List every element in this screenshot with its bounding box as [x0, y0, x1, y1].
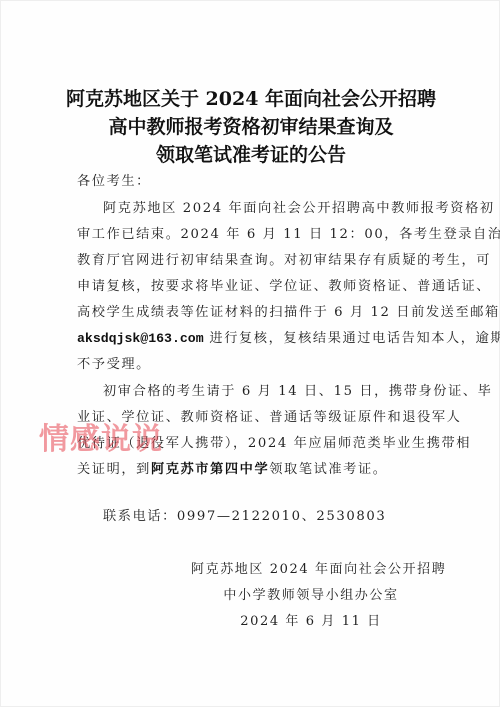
paragraph1-line-6: aksdqjsk@163.com 进行复核，复核结果通过电话告知本人，逾期	[77, 326, 427, 352]
paragraph1-line-3: 教育厅官网进行初审结果查询。对初审结果存有质疑的考生，可	[77, 248, 427, 274]
paragraph2-last-prefix: 关证明，到	[77, 462, 151, 477]
exam-location: 阿克苏市第四中学	[151, 462, 269, 477]
paragraph1-line-4: 申请复核，按要求将毕业证、学位证、教师资格证、普通话证、	[77, 274, 427, 300]
email-link[interactable]: aksdqjsk@163.com	[77, 331, 204, 346]
paragraph2-line-1: 初审合格的考生请于 6 月 14 日、15 日，携带身份证、毕	[103, 379, 453, 405]
signature-org-line-1: 阿克苏地区 2024 年面向社会公开招聘	[191, 557, 431, 583]
paragraph1-after-email: 进行复核，复核结果通过电话告知本人，逾期	[204, 331, 500, 346]
contact-phone: 联系电话：0997—2122010、2530803	[103, 504, 453, 530]
paragraph1-line-7: 不予受理。	[77, 352, 427, 378]
salutation: 各位考生：	[77, 169, 427, 195]
title-line-2: 高中教师报考资格初审结果查询及	[1, 113, 500, 141]
paragraph1-line-1: 阿克苏地区 2024 年面向社会公开招聘高中教师报考资格初	[103, 196, 453, 222]
paragraph1-line-5: 高校学生成绩表等佐证材料的扫描件于 6 月 12 日前发送至邮箱	[77, 300, 427, 326]
title-line-1: 阿克苏地区关于 2024 年面向社会公开招聘	[1, 85, 500, 113]
paragraph2-line-4: 关证明，到阿克苏市第四中学领取笔试准考证。	[77, 457, 427, 483]
document-page: 阿克苏地区关于 2024 年面向社会公开招聘 高中教师报考资格初审结果查询及 领…	[0, 0, 500, 707]
title-line-3: 领取笔试准考证的公告	[1, 141, 500, 169]
signature-date: 2024 年 6 月 11 日	[191, 609, 431, 635]
paragraph2-last-suffix: 领取笔试准考证。	[269, 462, 387, 477]
paragraph2-line-3: 优待证（退役军人携带），2024 年应届师范类毕业生携带相	[77, 431, 427, 457]
signature-org-line-2: 中小学教师领导小组办公室	[191, 583, 431, 609]
paragraph1-line-2: 审工作已结束。2024 年 6 月 11 日 12：00，各考生登录自治区	[77, 222, 427, 248]
paragraph2-line-2: 业证、学位证、教师资格证、普通话等级证原件和退役军人	[77, 405, 427, 431]
